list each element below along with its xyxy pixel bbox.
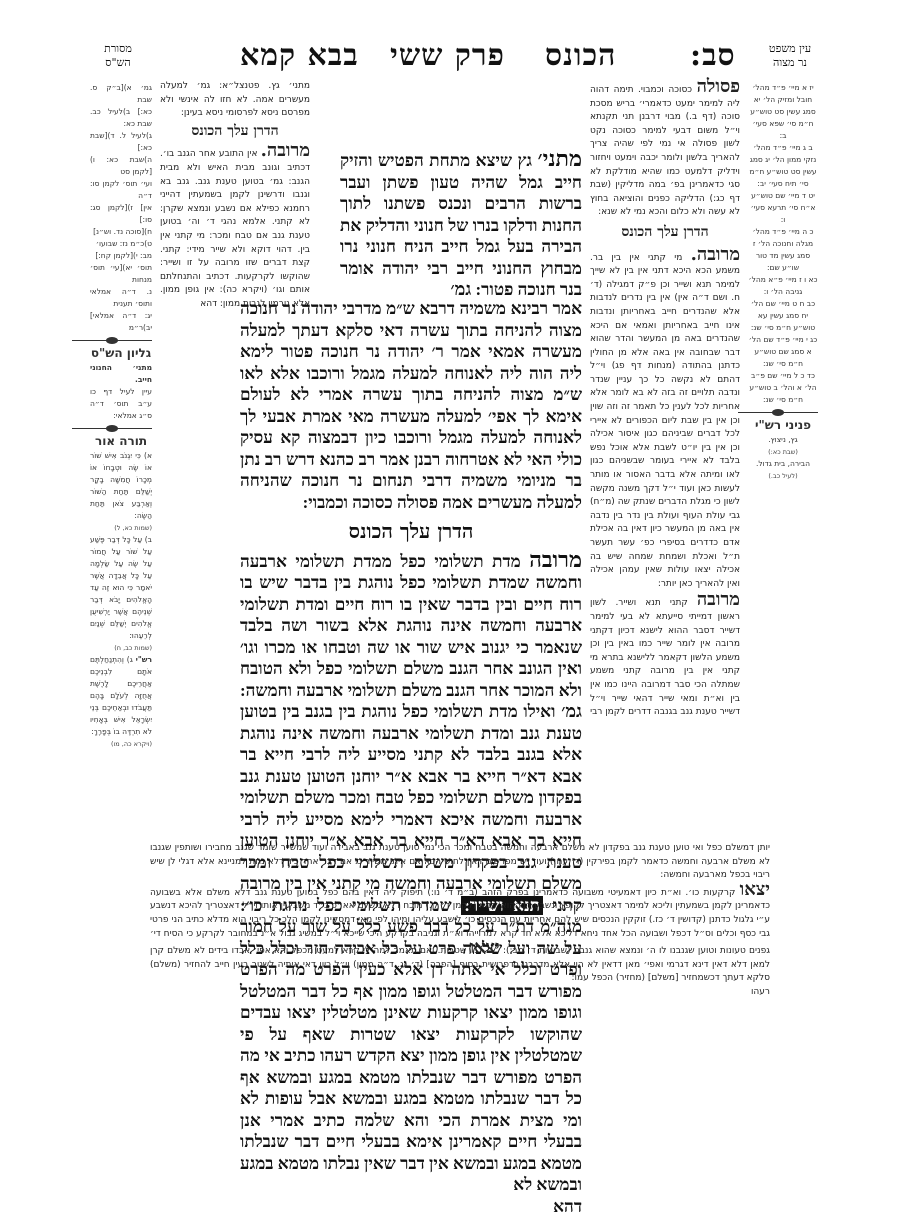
- ein-mishpat-entry: ב ג מיי׳ פ״ד מהל׳ נזקי ממון הל׳ יג סמג ע…: [748, 142, 818, 190]
- masoret-hashas-label: מסורת הש"ס: [90, 42, 146, 70]
- folio-number: סב:: [690, 38, 736, 74]
- gemara-text: אמר רבינא משמיה דרבא ש״מ מדרבי יהודה נר …: [240, 298, 582, 513]
- catchword: רעהו: [150, 986, 770, 1000]
- page-header: מסורת הש"ס בבא קמא פרק ששי הכונס סב: עין…: [90, 38, 830, 80]
- masoret-line: ח)[סוכה נד. וש״נ]: [90, 226, 152, 238]
- gemara-tail: דהא: [240, 1196, 582, 1213]
- verse-reference: (שמות כב, ח): [90, 642, 152, 654]
- torah-or-title: תורה אור: [90, 435, 152, 447]
- tosafot-column: פסולה כסוכה וכמבוי. תימה דהוה ליה למימר …: [590, 80, 740, 720]
- tractate-title: בבא קמא: [240, 38, 359, 74]
- torah-or-verse: ב) עַל כָּל דְּבַר פֶּשַׁע עַל שׁוֹר עַל…: [90, 534, 152, 642]
- masoret-line: ה)שבת כא: ו)[לקמן סט: [90, 154, 152, 178]
- masoret-line: כא:] ב)לעיל כב. שבת כא:: [90, 106, 152, 130]
- rashi-text: אין התובע אחר הגנב בו׳. דכתיב וגונב מבית…: [160, 149, 310, 309]
- rashi-hadran: הדרן עלך הכונס: [160, 125, 310, 139]
- ein-mishpat-entry: כ ה מיי׳ פ״ד מהל׳ מגלה וחנוכה הל׳ ז סמג …: [748, 226, 818, 274]
- rashi-dibbur-hamatchil: מרובה.: [261, 140, 310, 161]
- pninei-rashi-item: גץ, ניצוץ.: [748, 434, 818, 446]
- tosafot-continuation: יותן דמשלם כפל ואי טוען טענת גנב בפקדון …: [150, 842, 770, 883]
- ein-mishpat-entry: יט ד מיי׳ שם טוש״ע א״ח סי׳ תרעא סעי׳ ו:: [748, 190, 818, 226]
- torah-or-verse: א) כִּי יִגְנֹב אִישׁ שׁוֹר אוֹ שֶׂה וּט…: [90, 450, 152, 522]
- masoret-line: ועי׳ תוס׳ לקמן סו: ד״ה: [90, 178, 152, 202]
- pninei-rashi-ref: (שבת כא:): [748, 446, 818, 458]
- torah-or-verse: ג) וְהִתְנַחַלְתֶּם אֹתָם לִבְנֵיכֶם אַח…: [90, 655, 152, 736]
- ein-mishpat-label-line1: עין משפט: [750, 42, 830, 56]
- mishnah-text: מדת תשלומי כפל ממדת תשלומי ארבעה וחמשה ש…: [240, 552, 582, 700]
- ein-mishpat-entry: כא ו ז מיי׳ פ״א מהל׳ גניבה הל׳ ו:: [748, 274, 818, 298]
- rashi-label: רש"י: [136, 655, 152, 664]
- pninei-rashi-item: הבירה, בית גדול.: [748, 458, 818, 470]
- ein-mishpat-entry: יז א מיי׳ פ״ד מהל׳ חובל ומזיק הל׳ יא סמג…: [748, 82, 818, 142]
- verse-reference: (ויקרא כה, מו): [90, 738, 152, 750]
- masoret-line: מב: י)[לקמן קח:]: [90, 250, 152, 262]
- tosafot-dibbur-hamatchil: פסולה: [697, 76, 740, 97]
- tosafot-text: קתני תנא ושייר. לשון ראשון דמייתי סייעתא…: [590, 598, 740, 717]
- gemara-label: גמ׳: [450, 279, 471, 299]
- masoret-line: גמ׳ א)[ב״ק ס. שבת: [90, 82, 152, 106]
- masoret-line: נ. ד״ה אמלאי ותוס׳ תענית: [90, 286, 152, 310]
- mishnah-label: מרובה: [529, 547, 582, 572]
- tosafot-dibbur-hamatchil: מרובה.: [691, 244, 740, 265]
- mishnah-label: מתני׳: [538, 146, 582, 171]
- ornament-divider: [738, 412, 818, 413]
- chapter-name: הכונס: [545, 38, 616, 74]
- ornament-divider: [72, 428, 152, 429]
- pninei-rashi-title: פניני רש"י: [748, 419, 818, 431]
- gilyon-hashas-title: גליון הש"ס: [90, 347, 152, 359]
- rashi-column: מתני׳ גץ. פטנצל״א: גמ׳ למעלה מעשרים אמה.…: [160, 80, 310, 312]
- ein-mishpat-entry: כד כ ל מיי׳ שם פ״ב הל׳ א והל׳ ב טוש״ע ח״…: [748, 370, 818, 406]
- ein-mishpat-entry: כב ח ט מיי׳ שם הל׳ יח סמג עשין עא טוש״ע …: [748, 298, 818, 334]
- tosafot-hadran: הדרן עלך הכונס: [590, 226, 740, 240]
- verse-reference: (שמות כא, ל): [90, 522, 152, 534]
- gemara-text-block: אמר רבינא משמיה דרבא ש״מ מדרבי יהודה נר …: [240, 298, 582, 1213]
- tosafot-dibbur-hamatchil: יצאו: [469, 937, 499, 958]
- masoret-line: אין] ז)[לקמן סג: סו:]: [90, 202, 152, 226]
- masoret-label-line2: הש"ס: [90, 56, 146, 70]
- tosafot-dibbur-hamatchil: יצאו: [740, 879, 770, 900]
- mishnah-text: גץ שיצא מתחת הפטיש והזיק חייב גמל שהיה ט…: [340, 151, 582, 299]
- ein-mishpat-entry: כג י מיי׳ פ״ד שם הל׳ א סמג שם טוש״ע ח״מ …: [748, 334, 818, 370]
- chapter-number: פרק ששי: [390, 38, 505, 74]
- tosafot-text: כסוכה וכמבוי. תימה דהוה ליה למימר ימעט כ…: [590, 85, 740, 217]
- gemara-top-block: מתני׳ גץ שיצא מתחת הפטיש והזיק חייב גמל …: [340, 148, 582, 301]
- ein-mishpat-column: יז א מיי׳ פ״ד מהל׳ חובל ומזיק הל׳ יא סמג…: [748, 82, 818, 482]
- gilyon-text: עיין לעיל דף כו ע״ב תוס׳ ד״ה ס״ג אמלאי:: [90, 386, 152, 422]
- pninei-rashi-ref: (לעיל כב.): [748, 470, 818, 482]
- gemara-hadran: הדרן עלך הכונס: [240, 521, 582, 543]
- ein-mishpat-label: עין משפט נר מצוה: [750, 42, 830, 70]
- tosafot-dibbur-hamatchil: מרובה: [697, 589, 740, 610]
- masoret-label-line1: מסורת: [90, 42, 146, 56]
- gemara-label: גמ׳: [561, 701, 582, 721]
- tosafot-text: מי קתני אין בין בר. משמע הכא היכא דתני א…: [590, 253, 740, 589]
- talmud-page: מסורת הש"ס בבא קמא פרק ששי הכונס סב: עין…: [0, 0, 914, 1213]
- gilyon-dibbur: מתני׳ החנוני חייב.: [90, 362, 152, 386]
- masoret-line: תוס׳ יא)[עי׳ תוס׳ מנחות: [90, 262, 152, 286]
- bottom-tosafot-block: יותן דמשלם כפל ואי טוען טענת גנב בפקדון …: [150, 842, 770, 1000]
- masoret-line: ט)כ״מ נז: שבועו׳: [90, 238, 152, 250]
- rashi-top-text: מתני׳ גץ. פטנצל״א: גמ׳ למעלה מעשרים אמה.…: [160, 80, 310, 121]
- ornament-divider: [72, 340, 152, 341]
- ein-mishpat-label-line2: נר מצוה: [750, 56, 830, 70]
- masoret-hashas-column: גמ׳ א)[ב״ק ס. שבת כא:] ב)לעיל כב. שבת כא…: [90, 82, 152, 750]
- masoret-line: ג)לעיל ל. ד)[שבת כא:]: [90, 130, 152, 154]
- masoret-line: יג: ד״ה אמלאי] יב)ר״מ: [90, 310, 152, 334]
